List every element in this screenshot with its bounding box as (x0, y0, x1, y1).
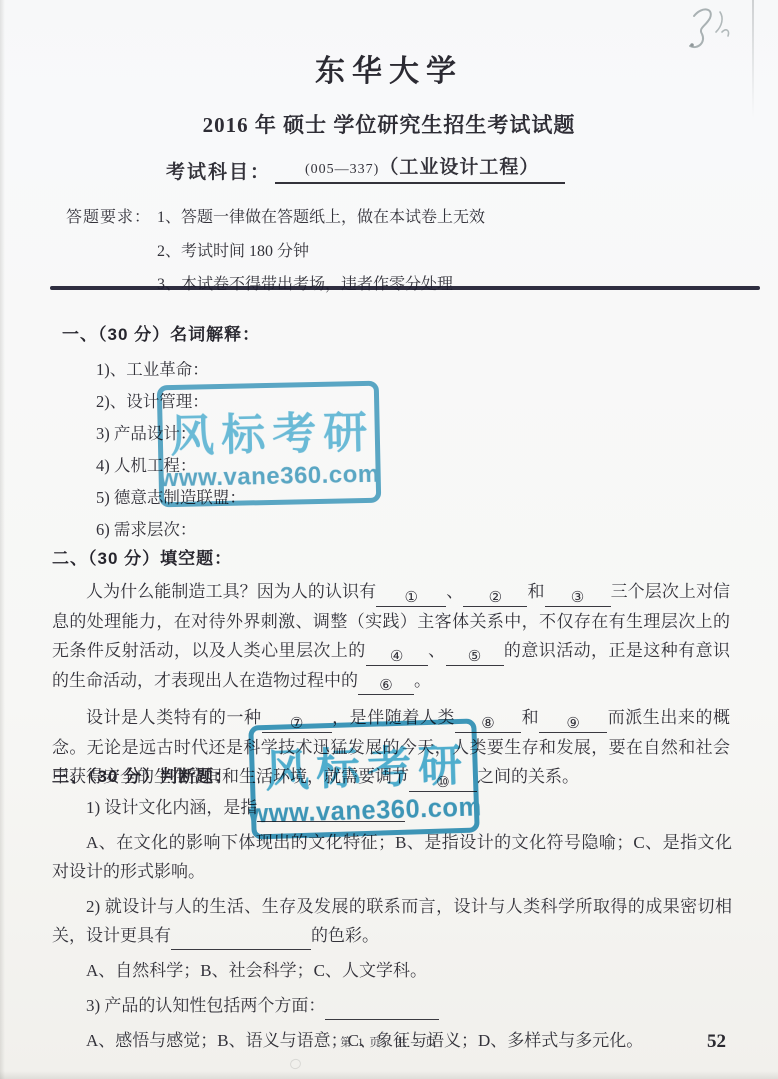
subject-row: 考试科目：(005—337)（工业设计工程） (166, 152, 565, 184)
numbered-fill-blank: ⑥ (358, 675, 414, 695)
numbered-fill-blank: ② (463, 587, 527, 607)
list-item: 2)、设计管理： (96, 386, 260, 418)
fill-blank-paragraph-1: 人为什么能制造工具？因为人的认识有①、②和③三个层次上对信息的处理能力，在对待外… (52, 577, 730, 695)
numbered-fill-blank: ⑦ (262, 713, 332, 733)
answer-blank-line (257, 802, 405, 822)
numbered-fill-blank: ④ (366, 646, 428, 666)
subject-code: (005—337) (305, 162, 379, 177)
list-item: 6) 需求层次： (96, 514, 260, 546)
judgement-question-1: 1) 设计文化内涵，是指 (52, 793, 732, 822)
section1-term-list: 1)、工业革命：2)、设计管理：3) 产品设计：4) 人机工程：5) 德意志制造… (96, 354, 260, 546)
scan-smudge (289, 1057, 303, 1070)
section-fill-in-blanks: 二、（30 分）填空题： 人为什么能制造工具？因为人的认识有①、②和③三个层次上… (52, 544, 730, 792)
numbered-fill-blank: ⑤ (446, 646, 504, 666)
scanned-exam-page: 东华大学 2016 年 硕士 学位研究生招生考试试题 考试科目：(005—337… (0, 0, 778, 1079)
university-name: 东华大学 (0, 46, 778, 90)
answer-blank-line (171, 930, 311, 950)
list-item: 1、答题一律做在答题纸上，做在本试卷上无效 (157, 201, 485, 235)
section-judgement: 三、（30 分）判断题： 1) 设计文化内涵，是指 A、在文化的影响下体现出的文… (52, 762, 732, 1055)
section1-heading: 一、（30 分）名词解释： (62, 320, 260, 345)
corner-page-number: 52 (707, 1031, 726, 1053)
page-footer: 第 1 页 / 共 2 页 (0, 1034, 778, 1050)
judgement-question-3: 3) 产品的认知性包括两个方面： (52, 991, 732, 1020)
numbered-fill-blank: ① (376, 587, 446, 607)
exam-title: 2016 年 硕士 学位研究生招生考试试题 (0, 109, 778, 139)
list-item: 2、考试时间 180 分钟 (157, 235, 485, 269)
list-item: 1)、工业革命： (96, 354, 260, 386)
judgement-question-2: 2) 就设计与人的生活、生存及发展的联系而言，设计与人类科学所取得的成果密切相关… (52, 892, 732, 950)
list-item: 3、本试卷不得带出考场，违者作零分处理 (157, 268, 485, 302)
numbered-fill-blank: ③ (545, 587, 611, 607)
header-divider-rule (50, 286, 760, 290)
subject-value-underlined: (005—337)（工业设计工程） (275, 152, 565, 184)
subject-label: 考试科目： (166, 162, 271, 183)
list-item: 3) 产品设计： (96, 418, 260, 450)
subject-name: （工业设计工程） (379, 157, 539, 178)
section2-heading: 二、（30 分）填空题： (52, 544, 730, 569)
section3-heading: 三、（30 分）判断题： (52, 762, 732, 787)
numbered-fill-blank: ⑨ (539, 713, 607, 733)
judgement-options-2: A、自然科学；B、社会科学；C、人文学科。 (52, 956, 732, 985)
judgement-options-1: A、在文化的影响下体现出的文化特征；B、是指设计的文化符号隐喻；C、是指文化对设… (52, 828, 732, 886)
answer-blank-line (325, 1000, 439, 1020)
list-item: 4) 人机工程： (96, 450, 260, 482)
numbered-fill-blank: ⑧ (455, 713, 521, 733)
list-item: 5) 德意志制造联盟： (96, 482, 260, 514)
section-term-explanation: 一、（30 分）名词解释： 1)、工业革命：2)、设计管理：3) 产品设计：4)… (62, 320, 260, 546)
